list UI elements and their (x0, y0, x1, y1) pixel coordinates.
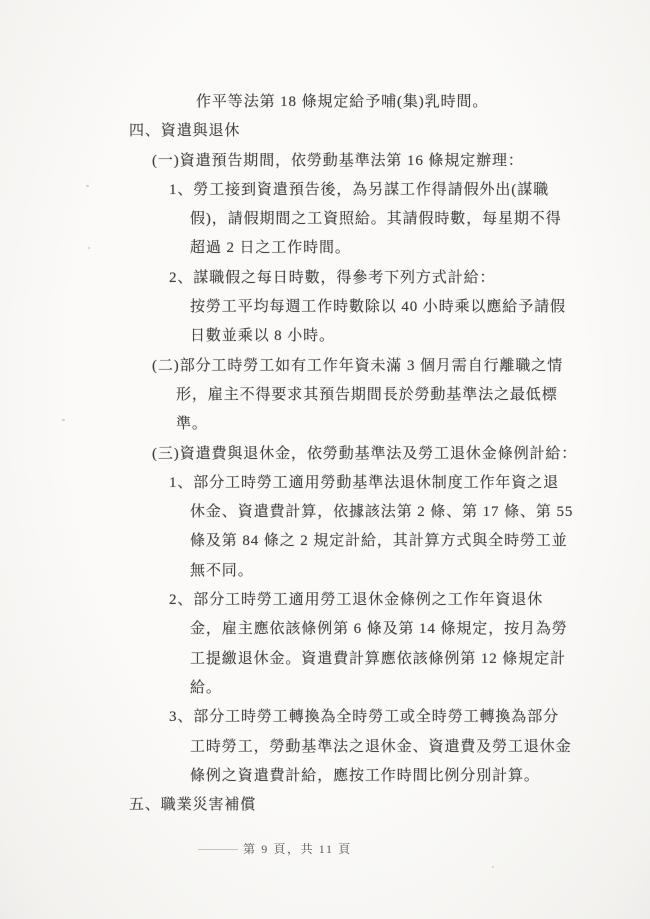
document-line: 條例之資遣費計給，應按工作時間比例分別計算。 (190, 762, 650, 791)
scan-speck (88, 247, 90, 249)
document-line: 1、部分工時勞工適用勞動基準法退休制度工作年資之退 (169, 469, 650, 498)
document-line: 2、部分工時勞工適用勞工退休金條例之工作年資退休 (169, 586, 650, 615)
document-line: 工提繳退休金。資遣費計算應依該條例第 12 條規定計 (190, 645, 650, 674)
document-line: 無不同。 (190, 557, 650, 586)
scan-artifact-line (198, 849, 238, 850)
document-line: 休金、資遣費計算，依據該法第 2 條、第 17 條、第 55 (190, 498, 650, 527)
document-line: 給。 (190, 674, 650, 703)
document-line: 金，雇主應依該條例第 6 條及第 14 條規定，按月為勞 (190, 615, 650, 644)
document-line: 假)，請假期間之工資照給。其請假時數，每星期不得 (190, 205, 650, 234)
document-line: 3、部分工時勞工轉換為全時勞工或全時勞工轉換為部分 (169, 703, 650, 732)
document-line: 作平等法第 18 條規定給予哺(集)乳時間。 (196, 88, 650, 117)
document-line: (三)資遣費與退休金，依勞動基準法及勞工退休金條例計給： (152, 440, 650, 469)
page-number-footer: 第 9 頁，共 11 頁 (243, 840, 352, 858)
scan-speck (492, 866, 494, 868)
document-body: 作平等法第 18 條規定給予哺(集)乳時間。 四、資遣與退休 (一)資遣預告期間… (0, 88, 650, 820)
section-heading: 五、職業災害補償 (129, 791, 650, 820)
scanned-document-page: 作平等法第 18 條規定給予哺(集)乳時間。 四、資遣與退休 (一)資遣預告期間… (0, 0, 650, 919)
document-line: 形，雇主不得要求其預告期間長於勞動基準法之最低標 (176, 381, 650, 410)
document-line: 條及第 84 條之 2 規定計給，其計算方式與全時勞工並 (190, 527, 650, 556)
document-line: 準。 (176, 410, 650, 439)
document-line: 日數並乘以 8 小時。 (190, 322, 650, 351)
document-line: (二)部分工時勞工如有工作年資未滿 3 個月需自行離職之情 (152, 352, 650, 381)
document-line: 按勞工平均每週工作時數除以 40 小時乘以應給予請假 (190, 293, 650, 322)
document-line: 超過 2 日之工作時間。 (190, 234, 650, 263)
document-line: 2、謀職假之每日時數，得參考下列方式計給： (169, 264, 650, 293)
scan-speck (62, 419, 65, 421)
document-line: (一)資遣預告期間，依勞動基準法第 16 條規定辦理： (152, 147, 650, 176)
scan-speck (86, 185, 89, 187)
document-line: 1、勞工接到資遣預告後，為另謀工作得請假外出(謀職 (169, 176, 650, 205)
document-line: 工時勞工，勞動基準法之退休金、資遣費及勞工退休金 (190, 733, 650, 762)
section-heading: 四、資遣與退休 (129, 117, 650, 146)
